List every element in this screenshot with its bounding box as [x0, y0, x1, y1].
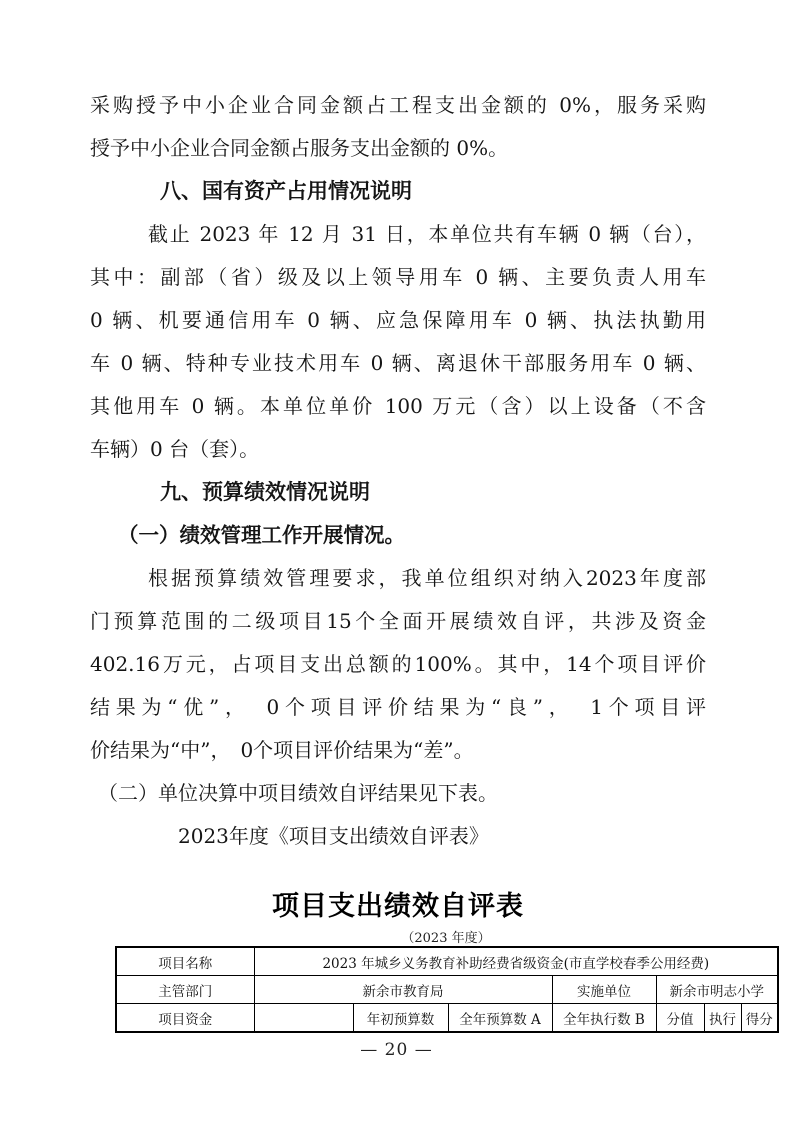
doc-line: 截止 2023 年 12 月 31 日，本单位共有车辆 0 辆（台），	[90, 213, 706, 256]
doc-line: 402.16万元，占项目支出总额的100%。其中，14个项目评价	[90, 643, 706, 686]
doc-line: 0 辆、机要通信用车 0 辆、应急保障用车 0 辆、执法执勤用	[90, 299, 706, 342]
self-evaluation-table: 项目名称 2023 年城乡义务教育补助经费省级资金(市直学校春季公用经费) 主管…	[115, 946, 779, 1033]
cell-col-score-total: 分值	[656, 1004, 704, 1033]
doc-line: 其中：副部（省）级及以上领导用车 0 辆、主要负责人用车	[90, 256, 706, 299]
cell-project-name-value: 2023 年城乡义务教育补助经费省级资金(市直学校春季公用经费)	[254, 947, 778, 976]
doc-line: 门预算范围的二级项目15个全面开展绩效自评，共涉及资金	[90, 600, 706, 643]
doc-line: 车辆）0 台（套）。	[90, 428, 706, 471]
cell-project-name-label: 项目名称	[116, 947, 254, 976]
doc-line: 根据预算绩效管理要求，我单位组织对纳入2023年度部	[90, 557, 706, 600]
cell-impl-value: 新余市明志小学	[656, 976, 778, 1004]
document-page: 采购授予中小企业合同金额占工程支出金额的 0%，服务采购 授予中小企业合同金额占…	[0, 0, 793, 1122]
self-evaluation-table-title: 项目支出绩效自评表	[90, 884, 706, 923]
cell-dept-value: 新余市教育局	[254, 976, 552, 1004]
doc-line: （二）单位决算中项目绩效自评结果见下表。	[90, 772, 706, 815]
section-heading-budget-performance: 九、预算绩效情况说明	[90, 471, 706, 514]
doc-line: 采购授予中小企业合同金额占工程支出金额的 0%，服务采购	[90, 84, 706, 127]
doc-line: 其他用车 0 辆。本单位单价 100 万元（含）以上设备（不含	[90, 385, 706, 428]
table-reference-line: 2023年度《项目支出绩效自评表》	[90, 815, 706, 858]
cell-funds-label: 项目资金	[116, 1004, 254, 1033]
cell-col-score: 得分	[741, 1004, 778, 1033]
self-evaluation-table-year: （2023 年度）	[115, 927, 777, 946]
table-row-departments: 主管部门 新余市教育局 实施单位 新余市明志小学	[116, 976, 778, 1004]
cell-col-budget-year: 全年预算数 A	[448, 1004, 552, 1033]
cell-col-exec-year: 全年执行数 B	[552, 1004, 656, 1033]
cell-funds-empty	[254, 1004, 353, 1033]
doc-line: 车 0 辆、特种专业技术用车 0 辆、离退休干部服务用车 0 辆、	[90, 342, 706, 385]
doc-line: 授予中小企业合同金额占服务支出金额的 0%。	[90, 127, 706, 170]
cell-col-budget-initial: 年初预算数	[353, 1004, 448, 1033]
subsection-heading-performance-management: （一）绩效管理工作开展情况。	[90, 514, 706, 557]
cell-col-exec: 执行	[704, 1004, 741, 1033]
page-number: — 20 —	[0, 1040, 793, 1060]
table-row-project-name: 项目名称 2023 年城乡义务教育补助经费省级资金(市直学校春季公用经费)	[116, 947, 778, 976]
cell-dept-label: 主管部门	[116, 976, 254, 1004]
doc-line: 价结果为“中”， 0个项目评价结果为“差”。	[90, 729, 706, 772]
doc-line: 结果为“优”， 0个项目评价结果为“良”， 1个项目评	[90, 686, 706, 729]
table-row-project-funds: 项目资金 年初预算数 全年预算数 A 全年执行数 B 分值 执行 得分	[116, 1004, 778, 1033]
section-heading-state-assets: 八、国有资产占用情况说明	[90, 170, 706, 213]
cell-impl-label: 实施单位	[552, 976, 656, 1004]
document-body: 采购授予中小企业合同金额占工程支出金额的 0%，服务采购 授予中小企业合同金额占…	[90, 84, 706, 858]
